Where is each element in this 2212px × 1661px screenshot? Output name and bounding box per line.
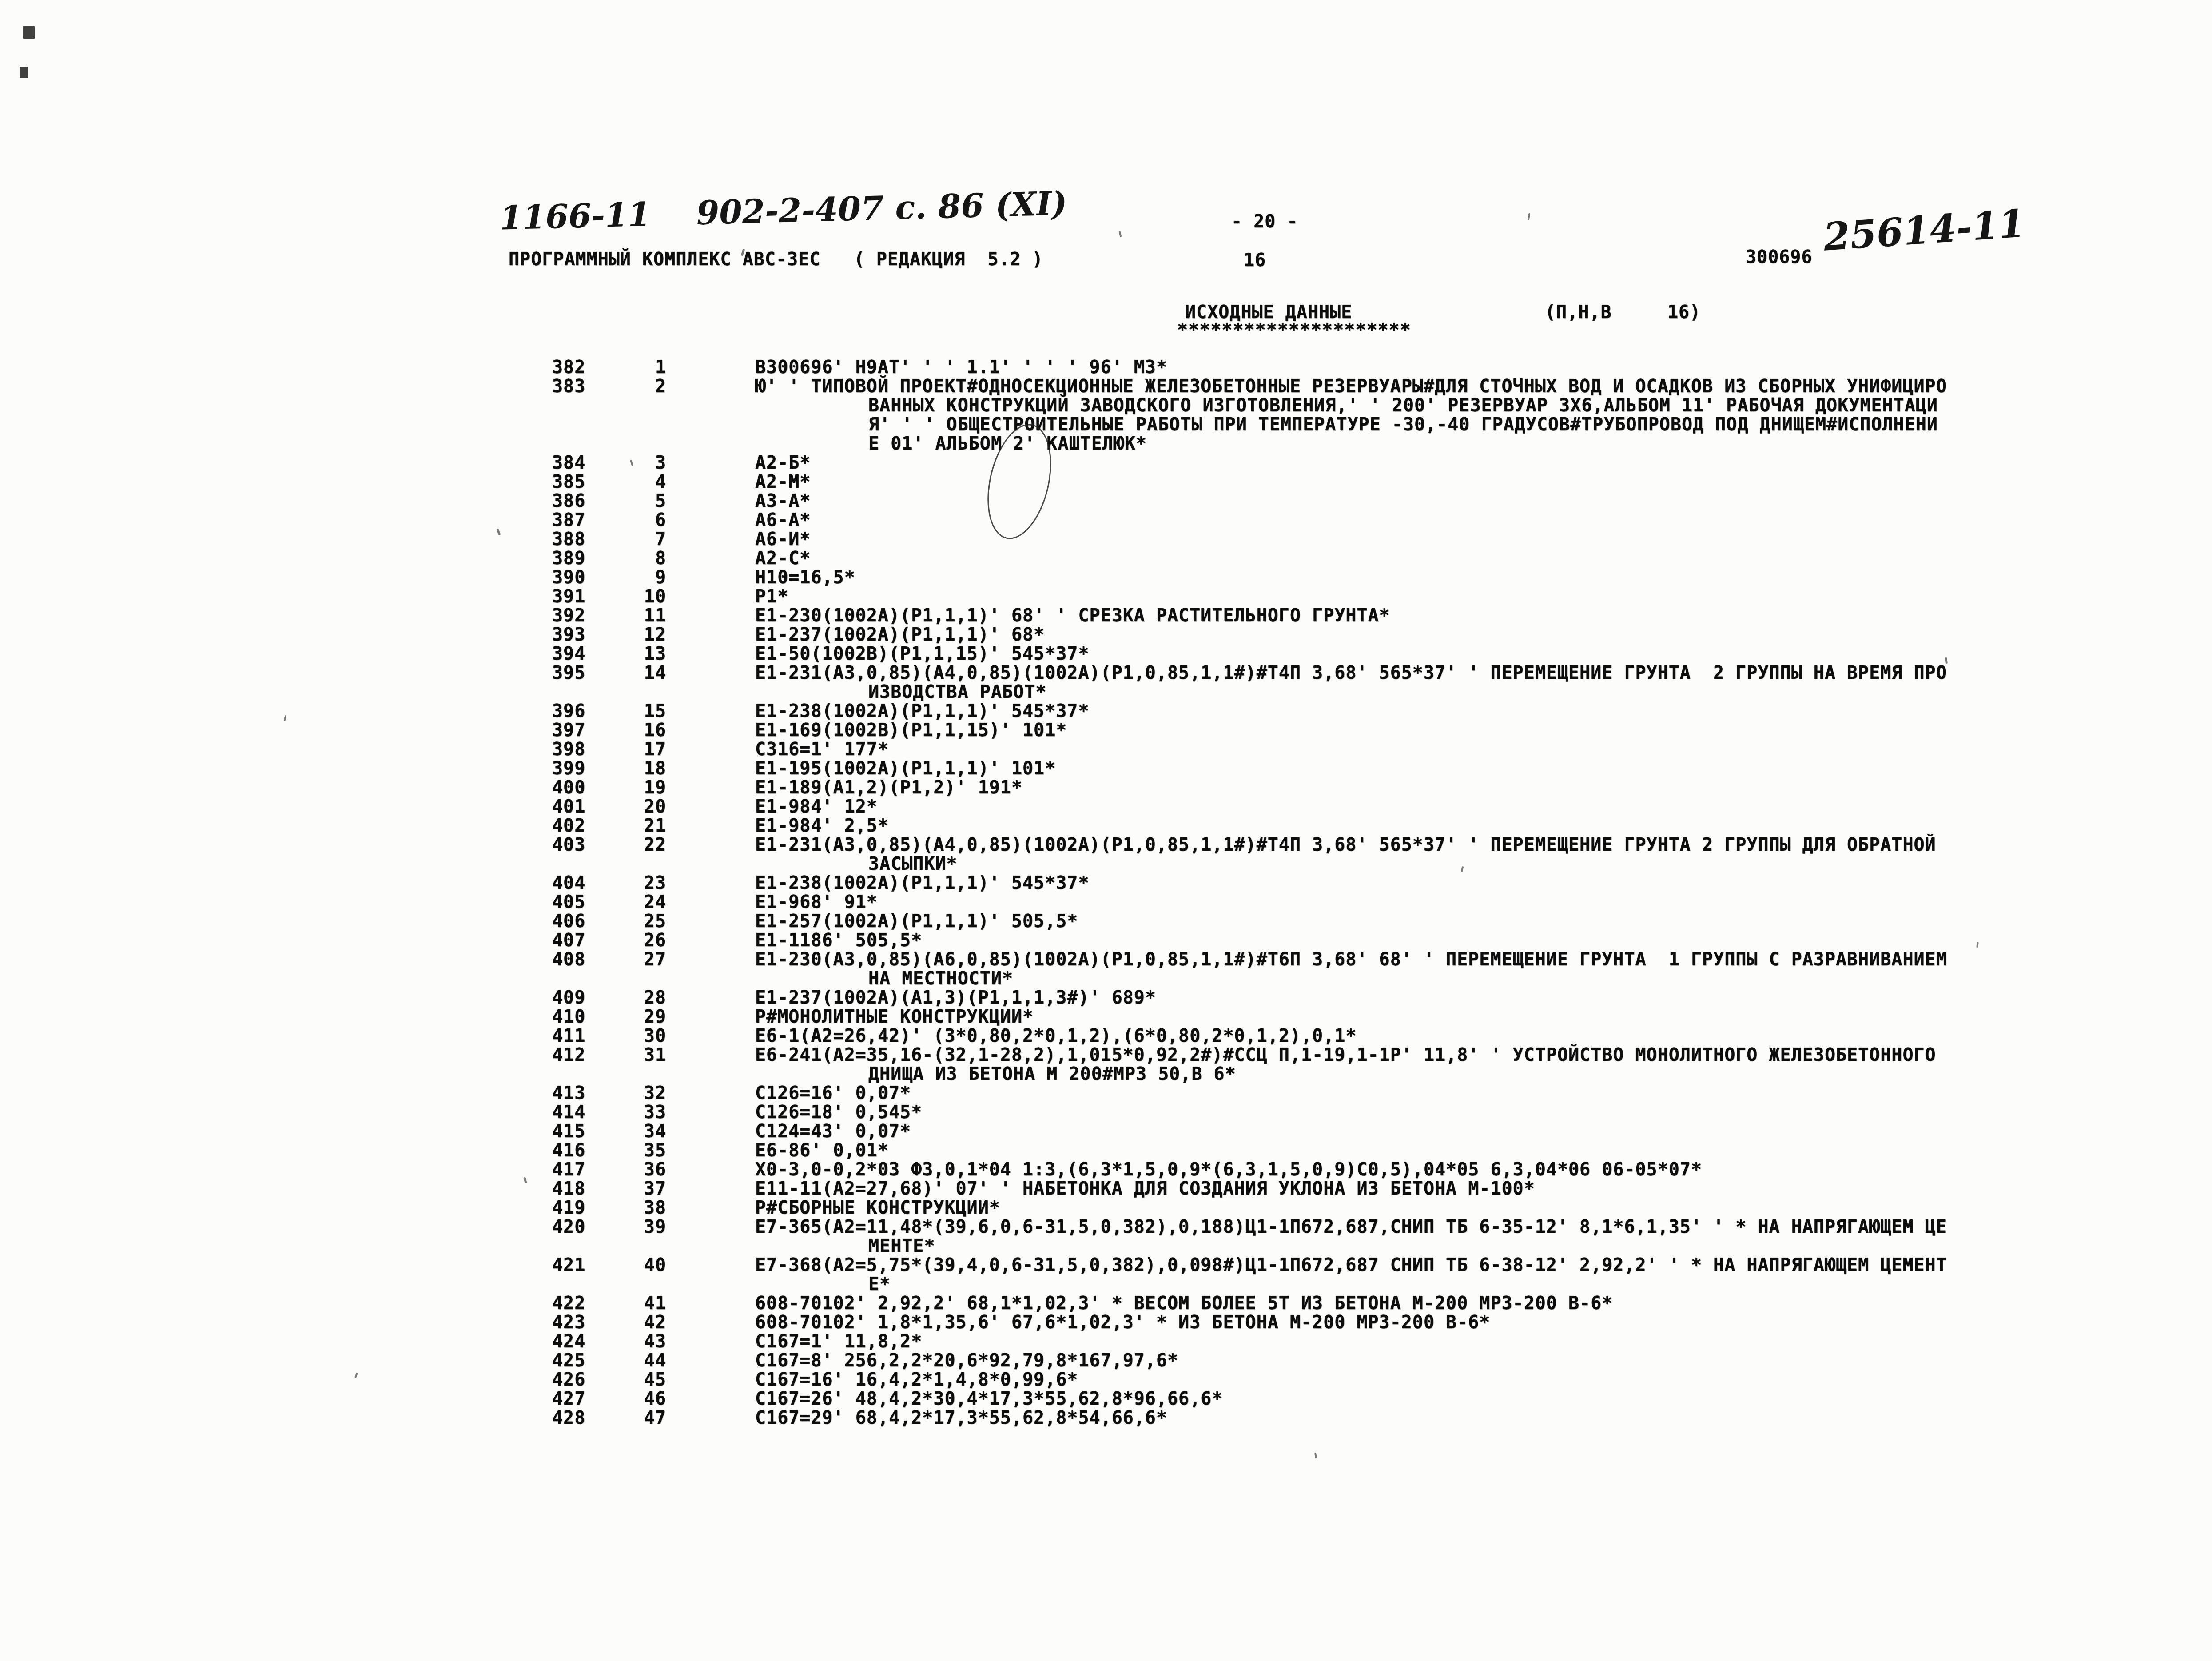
listing-line: 39211Е1-230(1002А)(Р1,1,1)' 68' ' СРЕЗКА… [0, 606, 2212, 625]
listing-line-number: 428 [552, 1409, 585, 1428]
listing-code-text: Е6-1(А2=26,42)' (3*0,80,2*0,1,2),(6*0,80… [755, 1027, 1357, 1046]
listing-line-number: 418 [552, 1179, 585, 1199]
listing-seq-number: 6 [604, 511, 666, 530]
listing-line: 40019Е1-189(А1,2)(Р1,2)' 191* [0, 778, 2212, 797]
listing-line: 39413Е1-50(1002В)(Р1,1,15)' 545*37* [0, 645, 2212, 664]
listing-code-text: 608-70102' 1,8*1,35,6' 67,6*1,02,3' * ИЗ… [755, 1313, 1490, 1332]
listing-line: 40726Е1-1186' 505,5* [0, 931, 2212, 950]
listing-line: 42847С167=29' 68,4,2*17,3*55,62,8*54,66,… [0, 1409, 2212, 1428]
listing-code-text: С124=43' 0,07* [755, 1122, 911, 1141]
listing-code-text: С126=18' 0,545* [755, 1103, 922, 1122]
listing-seq-number: 26 [604, 931, 666, 950]
listing-line: 42241608-70102' 2,92,2' 68,1*1,02,3' * В… [0, 1294, 2212, 1313]
listing-line-number: 424 [552, 1332, 585, 1351]
listing-line: 42039Е7-365(А2=11,48*(39,6,0,6-31,5,0,38… [0, 1218, 2212, 1237]
listing-code-text: С167=1' 11,8,2* [755, 1332, 922, 1351]
listing-line-number: 410 [552, 1008, 585, 1027]
scanned-printout-page: { "page": { "handwriting": { "left": "11… [0, 0, 2212, 1661]
listing-seq-number: 4 [604, 473, 666, 492]
listing-seq-number: 3 [604, 454, 666, 473]
listing-seq-number: 5 [604, 492, 666, 511]
listing-line-number: 409 [552, 988, 585, 1008]
listing-line-number: 415 [552, 1122, 585, 1141]
listing-wrap-line: ДНИЩА ИЗ БЕТОНА М 200#МРЗ 50,В 6* [0, 1065, 2212, 1084]
handwritten-note-right: 25614-11 [1822, 201, 2027, 259]
listing-code-text: Е7-368(А2=5,75*(39,4,0,6-31,5,0,382),0,0… [755, 1256, 1947, 1275]
listing-line-number: 412 [552, 1046, 585, 1065]
listing-seq-number: 45 [604, 1370, 666, 1390]
listing-line-number: 402 [552, 817, 585, 836]
listing-seq-number: 34 [604, 1122, 666, 1141]
listing-code-text: А6-И* [755, 530, 811, 549]
listing-seq-number: 14 [604, 664, 666, 683]
listing-line-number: 408 [552, 950, 585, 969]
listing-seq-number: 13 [604, 645, 666, 664]
listing-code-text: С167=8' 256,2,2*20,6*92,79,8*167,97,6* [755, 1351, 1178, 1370]
listing-line-number: 414 [552, 1103, 585, 1122]
listing-line-number: 407 [552, 931, 585, 950]
listing-line-number: 395 [552, 664, 585, 683]
listing-code-text: Е1-237(1002А)(А1,3)(Р1,1,1,3#)' 689* [755, 988, 1156, 1008]
listing-code-text: МЕНТЕ* [868, 1237, 935, 1256]
listing-line-number: 400 [552, 778, 585, 797]
listing-seq-number: 1 [604, 358, 666, 377]
listing-wrap-line: ВАННЫХ КОНСТРУКЦИЙ ЗАВОДСКОГО ИЗГОТОВЛЕН… [0, 396, 2212, 415]
listing-code-text: Е1-1186' 505,5* [755, 931, 922, 950]
listing-code-text: В300696' Н9АТ' ' ' 1.1' ' ' ' 96' М3* [755, 358, 1167, 377]
listing-seq-number: 38 [604, 1199, 666, 1218]
listing-line: 3854А2-М* [0, 473, 2212, 492]
listing-code-text: Е1-238(1002А)(Р1,1,1)' 545*37* [755, 702, 1089, 721]
listing-line: 41029Р#МОНОЛИТНЫЕ КОНСТРУКЦИИ* [0, 1008, 2212, 1027]
listing-line-number: 406 [552, 912, 585, 931]
listing-code-text: Е1-257(1002А)(Р1,1,1)' 505,5* [755, 912, 1078, 931]
listing-code-text: С167=16' 16,4,2*1,4,8*0,99,6* [755, 1370, 1078, 1390]
listing-line: 42544С167=8' 256,2,2*20,6*92,79,8*167,97… [0, 1351, 2212, 1370]
listing-line-number: 421 [552, 1256, 585, 1275]
listing-line: 3909Н10=16,5* [0, 568, 2212, 587]
listing-seq-number: 25 [604, 912, 666, 931]
listing-line-number: 393 [552, 625, 585, 645]
listing-line-number: 384 [552, 454, 585, 473]
listing-seq-number: 29 [604, 1008, 666, 1027]
listing-line: 40827Е1-230(А3,0,85)(А6,0,85)(1002А)(Р1,… [0, 950, 2212, 969]
scan-speck [1314, 1453, 1317, 1458]
listing-line: 42443С167=1' 11,8,2* [0, 1332, 2212, 1351]
listing-line: 39110Р1* [0, 587, 2212, 606]
listing-wrap-line: ИЗВОДСТВА РАБОТ* [0, 683, 2212, 702]
listing-seq-number: 32 [604, 1084, 666, 1103]
listing-code-text: С167=29' 68,4,2*17,3*55,62,8*54,66,6* [755, 1409, 1167, 1428]
listing-line: 39514Е1-231(А3,0,85)(А4,0,85)(1002А)(Р1,… [0, 664, 2212, 683]
listing-seq-number: 43 [604, 1332, 666, 1351]
listing-line-number: 389 [552, 549, 585, 568]
listing-line: 42140Е7-368(А2=5,75*(39,4,0,6-31,5,0,382… [0, 1256, 2212, 1275]
listing-code-text: Е1-230(А3,0,85)(А6,0,85)(1002А)(Р1,0,85,… [755, 950, 1947, 969]
listing-code-text: А2-С* [755, 549, 811, 568]
listing-line-number: 419 [552, 1199, 585, 1218]
listing-line-number: 391 [552, 587, 585, 606]
listing-line: 41837Е11-11(А2=27,68)' 07' ' НАБЕТОНКА Д… [0, 1179, 2212, 1199]
listing-code-text: Е1-984' 12* [755, 797, 878, 817]
listing-line-number: 425 [552, 1351, 585, 1370]
listing-seq-number: 37 [604, 1179, 666, 1199]
listing-line: 42645С167=16' 16,4,2*1,4,8*0,99,6* [0, 1370, 2212, 1390]
listing-line-number: 386 [552, 492, 585, 511]
listing-seq-number: 9 [604, 568, 666, 587]
listing-seq-number: 33 [604, 1103, 666, 1122]
listing-code-text: Р#МОНОЛИТНЫЕ КОНСТРУКЦИИ* [755, 1008, 1034, 1027]
section-title: ИСХОДНЫЕ ДАННЫЕ [1185, 303, 1352, 322]
listing-line-number: 405 [552, 893, 585, 912]
listing-line-number: 382 [552, 358, 585, 377]
scan-speck [20, 67, 28, 78]
listing-line: 41433С126=18' 0,545* [0, 1103, 2212, 1122]
listing-code-text: Е1-231(А3,0,85)(А4,0,85)(1002А)(Р1,0,85,… [755, 836, 1936, 855]
listing-seq-number: 23 [604, 874, 666, 893]
listing-line-number: 416 [552, 1141, 585, 1160]
listing-line-number: 423 [552, 1313, 585, 1332]
listing-code-text: С126=16' 0,07* [755, 1084, 911, 1103]
listing-line: 40120Е1-984' 12* [0, 797, 2212, 817]
listing-code-text: Е6-86' 0,01* [755, 1141, 889, 1160]
listing-line: 39817С316=1' 177* [0, 740, 2212, 759]
listing-seq-number: 41 [604, 1294, 666, 1313]
listing-seq-number: 2 [604, 377, 666, 396]
listing-code-text: Р#СБОРНЫЕ КОНСТРУКЦИИ* [755, 1199, 1000, 1218]
listing-line-number: 396 [552, 702, 585, 721]
listing-code-text: ЗАСЫПКИ* [868, 855, 958, 874]
listing-seq-number: 24 [604, 893, 666, 912]
listing-line-number: 394 [552, 645, 585, 664]
listing-code-text: Е1-968' 91* [755, 893, 878, 912]
listing-code-text: Е11-11(А2=27,68)' 07' ' НАБЕТОНКА ДЛЯ СО… [755, 1179, 1535, 1199]
listing-code-text: Е1-238(1002А)(Р1,1,1)' 545*37* [755, 874, 1089, 893]
listing-wrap-line: НА МЕСТНОСТИ* [0, 969, 2212, 988]
listing-line: 3876А6-А* [0, 511, 2212, 530]
listing-line: 40221Е1-984' 2,5* [0, 817, 2212, 836]
listing-code-text: Е1-237(1002А)(Р1,1,1)' 68* [755, 625, 1045, 645]
listing-line: 3865А3-А* [0, 492, 2212, 511]
listing-seq-number: 8 [604, 549, 666, 568]
listing-code-text: НА МЕСТНОСТИ* [868, 969, 1013, 988]
section-underline: ********************* [1177, 321, 1411, 340]
listing-line-number: 392 [552, 606, 585, 625]
listing-line: 3898А2-С* [0, 549, 2212, 568]
listing-code-text: А2-Б* [755, 454, 811, 473]
listing-line: 41231Е6-241(А2=35,16-(32,1-28,2),1,015*0… [0, 1046, 2212, 1065]
listing-seq-number: 40 [604, 1256, 666, 1275]
listing-wrap-line: ЗАСЫПКИ* [0, 855, 2212, 874]
listing-seq-number: 30 [604, 1027, 666, 1046]
listing-seq-number: 39 [604, 1218, 666, 1237]
listing-line-number: 411 [552, 1027, 585, 1046]
listing-code-text: Р1* [755, 587, 788, 606]
listing-seq-number: 17 [604, 740, 666, 759]
listing-seq-number: 36 [604, 1160, 666, 1179]
listing-line: 40524Е1-968' 91* [0, 893, 2212, 912]
listing-line-number: 387 [552, 511, 585, 530]
listing-code-text: Х0-3,0-0,2*03 Ф3,0,1*04 1:3,(6,3*1,5,0,9… [755, 1160, 1702, 1179]
listing-line-number: 397 [552, 721, 585, 740]
listing-code-text: С316=1' 177* [755, 740, 889, 759]
listing-code-text: ВАННЫХ КОНСТРУКЦИЙ ЗАВОДСКОГО ИЗГОТОВЛЕН… [868, 396, 1938, 415]
listing-line: 39918Е1-195(1002А)(Р1,1,1)' 101* [0, 759, 2212, 778]
page-number: - 20 - [1231, 212, 1298, 231]
listing-line: 41635Е6-86' 0,01* [0, 1141, 2212, 1160]
listing-line: 42746С167=26' 48,4,2*30,4*17,3*55,62,8*9… [0, 1390, 2212, 1409]
listing-line: 41332С126=16' 0,07* [0, 1084, 2212, 1103]
listing-code-text: Е6-241(А2=35,16-(32,1-28,2),1,015*0,92,2… [755, 1046, 1936, 1065]
listing-code-text: А3-А* [755, 492, 811, 511]
listing-code-text: Е* [868, 1275, 891, 1294]
listing-line-number: 383 [552, 377, 585, 396]
program-header: ПРОГРАММНЫЙ КОМПЛЕКС АВС-3ЕС ( РЕДАКЦИЯ … [509, 250, 1043, 269]
listing-seq-number: 11 [604, 606, 666, 625]
listing-seq-number: 44 [604, 1351, 666, 1370]
scan-speck [1528, 213, 1531, 220]
listing-code-text: Е1-231(А3,0,85)(А4,0,85)(1002А)(Р1,0,85,… [755, 664, 1947, 683]
listing-line: 3821В300696' Н9АТ' ' ' 1.1' ' ' ' 96' М3… [0, 358, 2212, 377]
listing-line-number: 398 [552, 740, 585, 759]
listing-line-number: 404 [552, 874, 585, 893]
listing-line: 41130Е6-1(А2=26,42)' (3*0,80,2*0,1,2),(6… [0, 1027, 2212, 1046]
listing-code-text: Н10=16,5* [755, 568, 855, 587]
listing-wrap-line: МЕНТЕ* [0, 1237, 2212, 1256]
scan-speck [1119, 231, 1122, 238]
listing-line: 39615Е1-238(1002А)(Р1,1,1)' 545*37* [0, 702, 2212, 721]
scan-speck [23, 26, 35, 39]
listing-line-number: 413 [552, 1084, 585, 1103]
listing-code-text: Е1-195(1002А)(Р1,1,1)' 101* [755, 759, 1056, 778]
listing-line-number: 388 [552, 530, 585, 549]
listing-line: 41534С124=43' 0,07* [0, 1122, 2212, 1141]
listing-code-text: ИЗВОДСТВА РАБОТ* [868, 683, 1046, 702]
listing-line-number: 399 [552, 759, 585, 778]
listing-line: 3843А2-Б* [0, 454, 2212, 473]
listing-code-text: С167=26' 48,4,2*30,4*17,3*55,62,8*96,66,… [755, 1390, 1223, 1409]
listing-code-text: Е1-230(1002А)(Р1,1,1)' 68' ' СРЕЗКА РАСТ… [755, 606, 1390, 625]
listing-code-text: Е1-189(А1,2)(Р1,2)' 191* [755, 778, 1022, 797]
listing-line: 40322Е1-231(А3,0,85)(А4,0,85)(1002А)(Р1,… [0, 836, 2212, 855]
listing-code-text: Е1-984' 2,5* [755, 817, 889, 836]
listing-seq-number: 12 [604, 625, 666, 645]
listing-line: 39716Е1-169(1002В)(Р1,1,15)' 101* [0, 721, 2212, 740]
form-number: 300696 [1746, 248, 1813, 267]
listing-line-number: 385 [552, 473, 585, 492]
listing-seq-number: 28 [604, 988, 666, 1008]
listing-line-number: 417 [552, 1160, 585, 1179]
listing-seq-number: 16 [604, 721, 666, 740]
handwritten-note-left: 1166-11 902-2-407 с. 86 (XI) [499, 184, 1068, 237]
listing-seq-number: 47 [604, 1409, 666, 1428]
listing-code-text: Е1-169(1002В)(Р1,1,15)' 101* [755, 721, 1067, 740]
listing-code-text: А6-А* [755, 511, 811, 530]
listing-code-text: ДНИЩА ИЗ БЕТОНА М 200#МРЗ 50,В 6* [868, 1065, 1236, 1084]
listing-seq-number: 10 [604, 587, 666, 606]
listing-code-text: Е7-365(А2=11,48*(39,6,0,6-31,5,0,382),0,… [755, 1218, 1947, 1237]
page-subnumber: 16 [1244, 251, 1266, 270]
section-params: (П,Н,В 16) [1545, 303, 1701, 322]
listing-line-number: 420 [552, 1218, 585, 1237]
listing-seq-number: 20 [604, 797, 666, 817]
listing-line: 39312Е1-237(1002А)(Р1,1,1)' 68* [0, 625, 2212, 645]
listing-wrap-line: Я' ' ' ОБЩЕСТРОИТЕЛЬНЫЕ РАБОТЫ ПРИ ТЕМПЕ… [0, 415, 2212, 434]
listing-line: 40423Е1-238(1002А)(Р1,1,1)' 545*37* [0, 874, 2212, 893]
listing-line-number: 427 [552, 1390, 585, 1409]
listing-seq-number: 42 [604, 1313, 666, 1332]
listing-line-number: 426 [552, 1370, 585, 1390]
listing-code-text: 608-70102' 2,92,2' 68,1*1,02,3' * ВЕСОМ … [755, 1294, 1613, 1313]
listing-line-number: 401 [552, 797, 585, 817]
listing-seq-number: 18 [604, 759, 666, 778]
listing-wrap-line: Е 01' АЛЬБОМ 2' КАШТЕЛЮК* [0, 434, 2212, 454]
listing-line-number: 422 [552, 1294, 585, 1313]
listing-line: 3832Ю' ' ТИПОВОЙ ПРОЕКТ#ОДНОСЕКЦИОННЫЕ Ж… [0, 377, 2212, 396]
listing-seq-number: 46 [604, 1390, 666, 1409]
listing-code-text: А2-М* [755, 473, 811, 492]
listing-line: 41938Р#СБОРНЫЕ КОНСТРУКЦИИ* [0, 1199, 2212, 1218]
listing-line: 40928Е1-237(1002А)(А1,3)(Р1,1,1,3#)' 689… [0, 988, 2212, 1008]
listing-line: 41736Х0-3,0-0,2*03 Ф3,0,1*04 1:3,(6,3*1,… [0, 1160, 2212, 1179]
listing-wrap-line: Е* [0, 1275, 2212, 1294]
listing-line: 40625Е1-257(1002А)(Р1,1,1)' 505,5* [0, 912, 2212, 931]
listing-seq-number: 31 [604, 1046, 666, 1065]
listing-code-text: Ю' ' ТИПОВОЙ ПРОЕКТ#ОДНОСЕКЦИОННЫЕ ЖЕЛЕЗ… [755, 377, 1947, 396]
listing-seq-number: 21 [604, 817, 666, 836]
listing-seq-number: 19 [604, 778, 666, 797]
listing-seq-number: 27 [604, 950, 666, 969]
listing-line: 42342608-70102' 1,8*1,35,6' 67,6*1,02,3'… [0, 1313, 2212, 1332]
listing-code-text: Е1-50(1002В)(Р1,1,15)' 545*37* [755, 645, 1089, 664]
listing-seq-number: 15 [604, 702, 666, 721]
listing-seq-number: 22 [604, 836, 666, 855]
listing-line: 3887А6-И* [0, 530, 2212, 549]
listing-line-number: 390 [552, 568, 585, 587]
listing-seq-number: 35 [604, 1141, 666, 1160]
listing-line-number: 403 [552, 836, 585, 855]
listing-seq-number: 7 [604, 530, 666, 549]
